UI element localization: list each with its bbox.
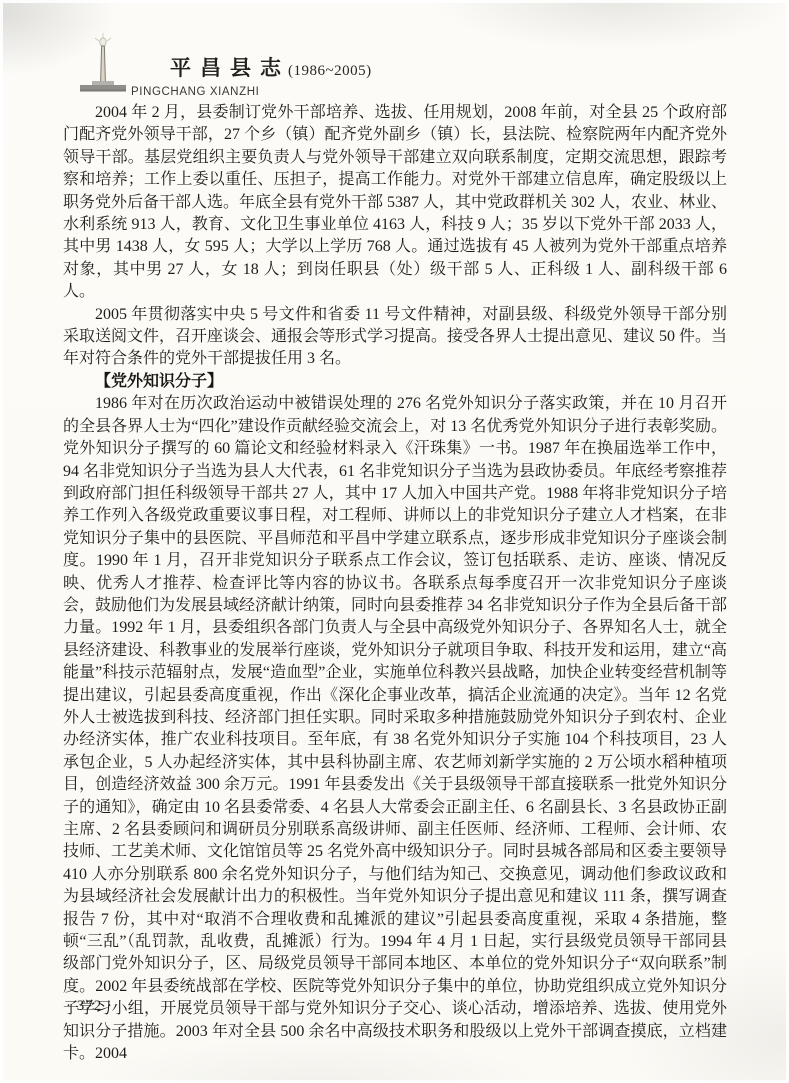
scanned-book-page: 平昌县志(1986~2005) PINGCHANG XIANZHI 2004 年… [0,0,789,1083]
paragraph-1986-2004: 1986 年对在历次政治运动中被错误处理的 276 名党外知识分子落实政策，并在… [63,393,727,1065]
page-number: · 372 · [66,998,113,1015]
book-title: 平昌县志(1986~2005) [170,52,372,82]
section-heading-nonparty-intellectuals: 【党外知识分子】 [63,371,727,393]
monument-icon [78,32,128,94]
page-body-text: 2004 年 2 月，县委制订党外干部培养、选拔、任用规划，2008 年前，对全… [63,102,727,1065]
book-title-chinese: 平昌县志 [170,56,290,80]
book-title-romanized: PINGCHANG XIANZHI [131,86,259,98]
page-header: 平昌县志(1986~2005) PINGCHANG XIANZHI [0,0,789,108]
book-title-years: (1986~2005) [288,63,372,79]
paragraph-2004: 2004 年 2 月，县委制订党外干部培养、选拔、任用规划，2008 年前，对全… [63,102,727,304]
paragraph-2005: 2005 年贯彻落实中央 5 号文件和省委 11 号文件精神，对副县级、科级党外… [63,304,727,371]
